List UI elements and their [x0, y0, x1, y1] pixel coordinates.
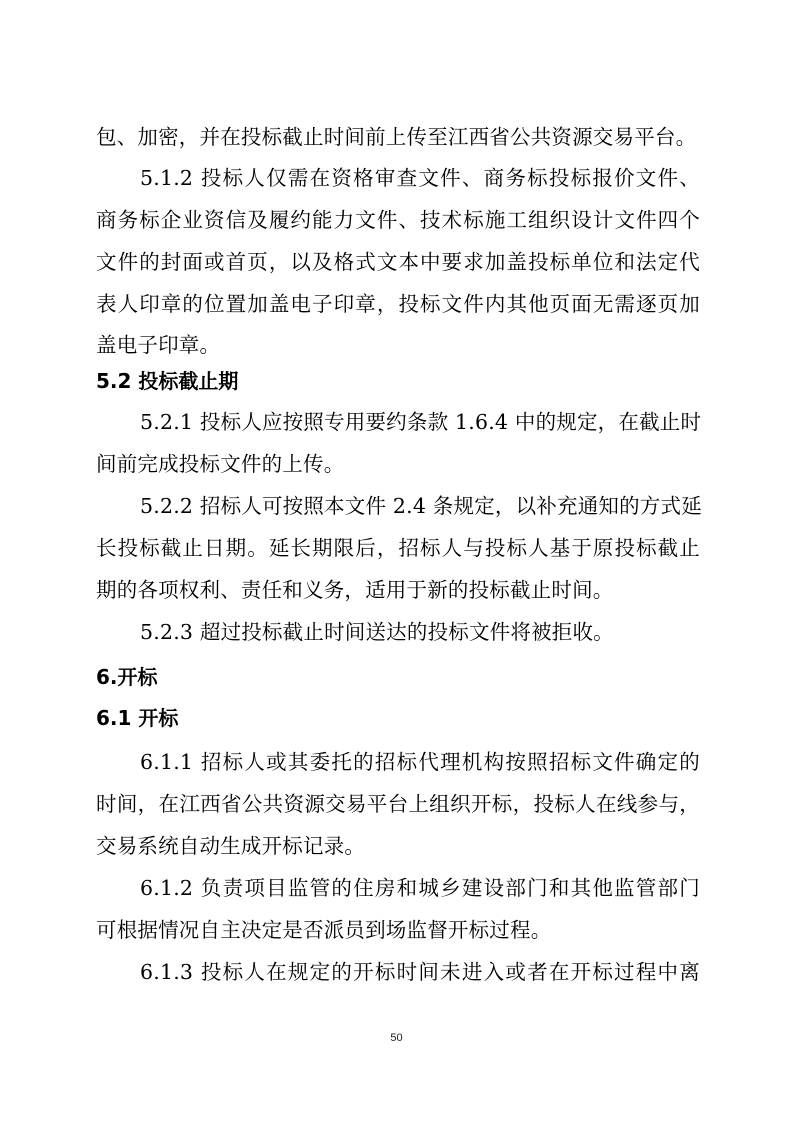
page-number: 50 [0, 1032, 793, 1044]
body-text-line: 长投标截止日期。延长期限后，招标人与投标人基于原投标截止 [96, 536, 700, 560]
body-text-line: 商务标企业资信及履约能力文件、技术标施工组织设计文件四个 [96, 208, 700, 232]
body-text-line: 文件的封面或首页，以及格式文本中要求加盖投标单位和法定代 [96, 250, 700, 274]
body-text-line: 交易系统自动生成开标记录。 [96, 834, 700, 858]
document-page: 包、加密，并在投标截止时间前上传至江西省公共资源交易平台。 5.1.2 投标人仅… [0, 0, 793, 1122]
clause-6-1-3: 6.1.3 投标人在规定的开标时间未进入或者在开标过程中离 [140, 960, 700, 984]
body-text-line: 时间，在江西省公共资源交易平台上组织开标，投标人在线参与， [96, 792, 700, 816]
body-text-line: 间前完成投标文件的上传。 [96, 452, 700, 476]
body-text-line: 期的各项权利、责任和义务，适用于新的投标截止时间。 [96, 578, 700, 602]
body-text-line: 盖电子印章。 [96, 333, 700, 357]
body-text-line: 包、加密，并在投标截止时间前上传至江西省公共资源交易平台。 [96, 125, 700, 149]
section-heading-5-2: 5.2 投标截止期 [96, 369, 238, 393]
body-text-line: 可根据情况自主决定是否派员到场监督开标过程。 [96, 918, 700, 942]
clause-5-1-2: 5.1.2 投标人仅需在资格审查文件、商务标投标报价文件、 [140, 166, 700, 190]
section-heading-6: 6.开标 [96, 665, 158, 689]
section-heading-6-1: 6.1 开标 [96, 706, 178, 730]
clause-6-1-1: 6.1.1 招标人或其委托的招标代理机构按照招标文件确定的 [140, 750, 700, 774]
body-text-line: 表人印章的位置加盖电子印章，投标文件内其他页面无需逐页加 [96, 292, 700, 316]
clause-5-2-2: 5.2.2 招标人可按照本文件 2.4 条规定，以补充通知的方式延 [140, 494, 700, 518]
clause-5-2-1: 5.2.1 投标人应按照专用要约条款 1.6.4 中的规定，在截止时 [140, 410, 700, 434]
clause-5-2-3: 5.2.3 超过投标截止时间送达的投标文件将被拒收。 [140, 620, 700, 644]
clause-6-1-2: 6.1.2 负责项目监管的住房和城乡建设部门和其他监管部门 [140, 876, 700, 900]
